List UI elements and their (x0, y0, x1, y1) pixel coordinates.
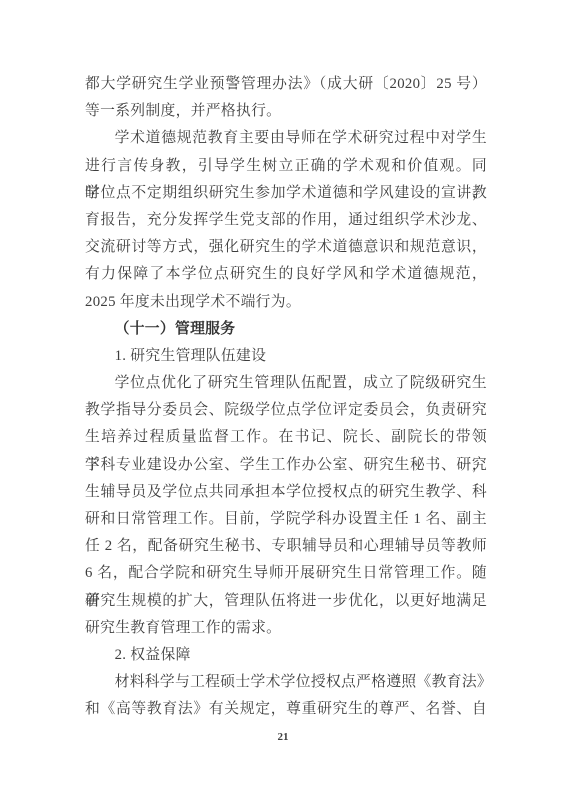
section-heading: （十一）管理服务 (85, 316, 487, 343)
text-line: 2025 年度未出现学术不端行为。 (85, 289, 487, 316)
text-line: 教学指导分委员会、院级学位点学位评定委员会，负责研究 (85, 397, 487, 424)
text-line: 生培养过程质量监督工作。在书记、院长、副院长的带领下， (85, 424, 487, 451)
text-line: 生辅导员及学位点共同承担本学位授权点的研究生教学、科 (85, 479, 487, 506)
text-line: 学术道德规范教育主要由导师在学术研究过程中对学生 (85, 125, 487, 152)
text-line: 研究生教育管理工作的需求。 (85, 615, 487, 642)
text-line: 交流研讨等方式，强化研究生的学术道德意识和规范意识， (85, 234, 487, 261)
text-line: 育报告，充分发挥学生党支部的作用，通过组织学术沙龙、 (85, 207, 487, 234)
text-line: 学科专业建设办公室、学生工作办公室、研究生秘书、研究 (85, 452, 487, 479)
page-number: 21 (0, 731, 566, 743)
document-body: 都大学研究生学业预警管理办法》（成大研〔2020〕25 号）等一系列制度，并严格… (85, 71, 487, 724)
text-line: 学位点不定期组织研究生参加学术道德和学风建设的宣讲教 (85, 180, 487, 207)
document-page: 都大学研究生学业预警管理办法》（成大研〔2020〕25 号）等一系列制度，并严格… (0, 0, 566, 800)
text-line: 都大学研究生学业预警管理办法》（成大研〔2020〕25 号） (85, 71, 487, 98)
text-line: 材料科学与工程硕士学术学位授权点严格遵照《教育法》 (85, 669, 487, 696)
text-line: 等一系列制度，并严格执行。 (85, 98, 487, 125)
text-line: 研究生规模的扩大，管理队伍将进一步优化，以更好地满足 (85, 588, 487, 615)
text-line: 学位点优化了研究生管理队伍配置，成立了院级研究生 (85, 370, 487, 397)
text-line: 任 2 名，配备研究生秘书、专职辅导员和心理辅导员等教师 (85, 533, 487, 560)
text-line: 1. 研究生管理队伍建设 (85, 343, 487, 370)
text-line: 和《高等教育法》有关规定，尊重研究生的尊严、名誉、自 (85, 696, 487, 723)
text-line: 有力保障了本学位点研究生的良好学风和学术道德规范， (85, 261, 487, 288)
text-line: 研和日常管理工作。目前，学院学科办设置主任 1 名、副主 (85, 506, 487, 533)
text-line: 6 名，配合学院和研究生导师开展研究生日常管理工作。随着 (85, 560, 487, 587)
text-line: 2. 权益保障 (85, 642, 487, 669)
text-line: 进行言传身教，引导学生树立正确的学术观和价值观。同时， (85, 153, 487, 180)
